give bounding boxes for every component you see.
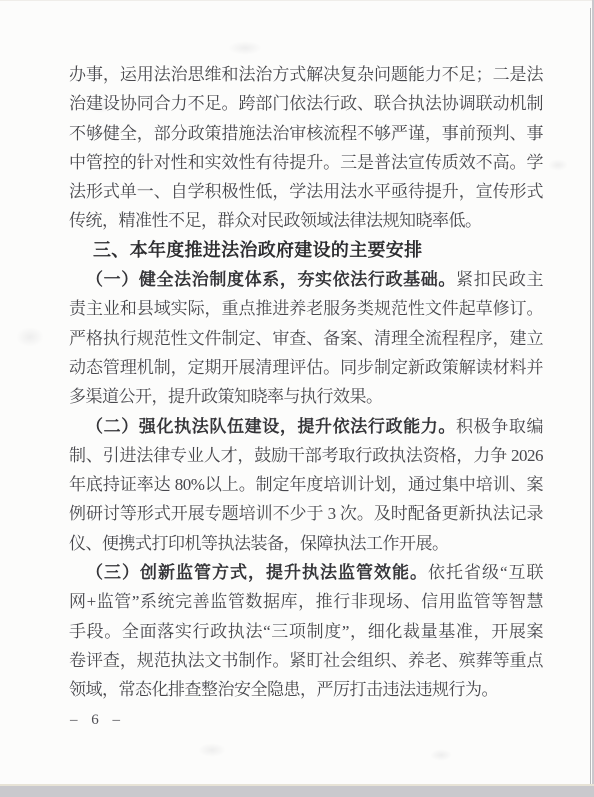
scan-smudge	[430, 749, 452, 761]
paragraph-lead: （三）创新监管方式，提升执法监管效能。	[86, 563, 428, 582]
scan-smudge	[548, 159, 568, 171]
document-body: 办事，运用法治思维和法治方式解决复杂问题能力不足；二是法 治建设协同合力不足。跨…	[69, 60, 543, 705]
paper-bottom-edge	[0, 784, 594, 786]
paper-right-edge	[590, 8, 591, 784]
text-line: 法形式单一、自学积极性低，学法用法水平亟待提升，宣传形式	[69, 177, 543, 206]
text-line: 办事，运用法治思维和法治方式解决复杂问题能力不足；二是法	[69, 60, 543, 89]
text-line: 年底持证率达 80%以上。制定年度培训计划，通过集中培训、案	[69, 470, 543, 499]
text-line: 例研讨等形式开展专题培训不少于 3 次。及时配备更新执法记录	[69, 499, 543, 528]
paragraph-lead: （二）强化执法队伍建设，提升依法行政能力。	[86, 417, 456, 436]
text-line: 动态管理机制，定期开展清理评估。同步制定新政策解读材料并	[69, 353, 543, 382]
paragraph-first-line: （一）健全法治制度体系，夯实依法行政基础。紧扣民政主	[69, 265, 543, 294]
scan-smudge	[16, 327, 44, 347]
scanned-page: 办事，运用法治思维和法治方式解决复杂问题能力不足；二是法 治建设协同合力不足。跨…	[0, 0, 592, 786]
text-line: 网+监管”系统完善监管数据库，推行非现场、信用监管等智慧	[69, 587, 543, 616]
text-line: 多渠道公开，提升政策知晓率与执行效果。	[69, 382, 543, 411]
scan-smudge	[228, 41, 262, 55]
text-line: 传统，精准性不足，群众对民政领域法律法规知晓率低。	[69, 206, 543, 235]
page-number: – 6 –	[70, 712, 125, 729]
text-line: 领域，常态化排查整治安全隐患，严厉打击违法违规行为。	[69, 675, 543, 704]
section-heading: 三、本年度推进法治政府建设的主要安排	[69, 236, 543, 265]
scan-viewport: 办事，运用法治思维和法治方式解决复杂问题能力不足；二是法 治建设协同合力不足。跨…	[0, 0, 594, 797]
text-line: 责主业和县域实际，重点推进养老服务类规范性文件起草修订。	[69, 294, 543, 323]
paragraph-text: 紧扣民政主	[456, 270, 543, 289]
text-line: 不够健全，部分政策措施法治审核流程不够严谨，事前预判、事	[69, 119, 543, 148]
text-line: 治建设协同合力不足。跨部门依法行政、联合执法协调联动机制	[69, 89, 543, 118]
text-line: 严格执行规范性文件制定、审查、备案、清理全流程程序，建立	[69, 324, 543, 353]
text-line: 中管控的针对性和实效性有待提升。三是普法宣传质效不高。学	[69, 148, 543, 177]
text-line: 制、引进法律专业人才，鼓励干部考取行政执法资格，力争 2026	[69, 441, 543, 470]
text-line: 卷评查，规范执法文书制作。紧盯社会组织、养老、殡葬等重点	[69, 646, 543, 675]
paragraph-first-line: （三）创新监管方式，提升执法监管效能。依托省级“互联	[69, 558, 543, 587]
scan-smudge	[198, 743, 226, 757]
paragraph-lead: （一）健全法治制度体系，夯实依法行政基础。	[86, 270, 456, 289]
paragraph-first-line: （二）强化执法队伍建设，提升依法行政能力。积极争取编	[69, 412, 543, 441]
text-line: 仪、便携式打印机等执法装备，保障执法工作开展。	[69, 529, 543, 558]
paragraph-text: 积极争取编	[456, 417, 543, 436]
text-line: 手段。全面落实行政执法“三项制度”，细化裁量基准，开展案	[69, 617, 543, 646]
paragraph-text: 依托省级“互联	[428, 563, 543, 582]
